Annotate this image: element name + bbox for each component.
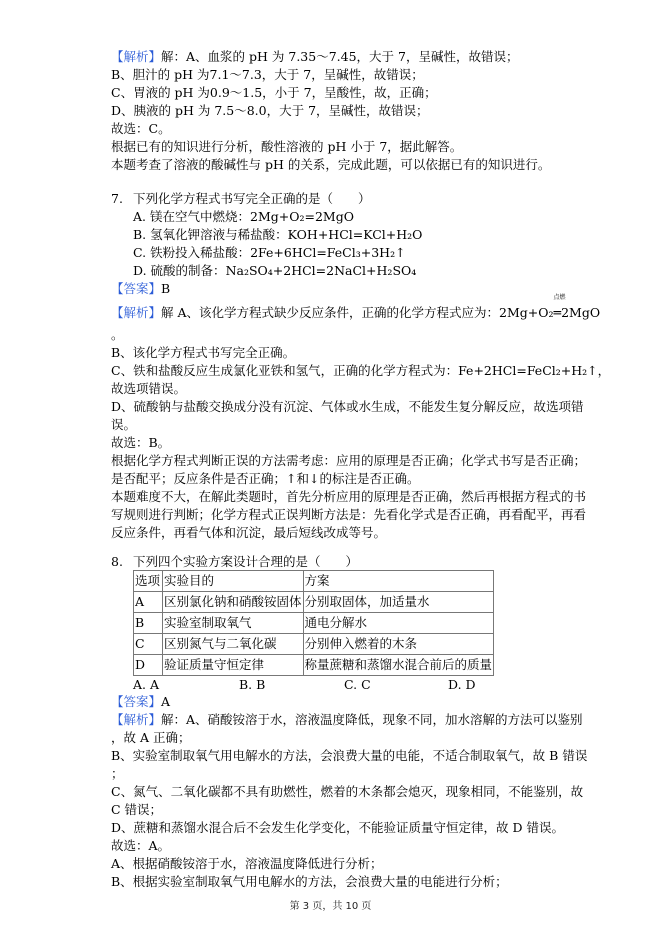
q6-analysis-line-4: D、胰液的 pH 为 7.5～8.0，大于 7，呈碱性，故错误； — [111, 102, 429, 120]
reaction-condition: 点燃═ — [554, 304, 562, 322]
q7-analysis-line-12: 写规则进行判断；化学方程式正误判断方法是：先看化学式是否正确，再看配平，再看 — [111, 506, 586, 524]
table-cell: D — [134, 655, 163, 676]
q7-analysis-line-11: 本题难度不大，在解此类题时，首先分析应用的原理是否正确，然后再根据方程式的书 — [111, 488, 586, 506]
q8-analysis-line-6: C 错误； — [111, 801, 162, 819]
q8-number: 8. — [111, 553, 123, 571]
table-header: 方案 — [303, 571, 494, 592]
experiment-table: 选项 实验目的 方案 A 区别氯化钠和硝酸铵固体 分别取固体，加适量水 B 实验… — [133, 570, 494, 676]
table-row: D 验证质量守恒定律 称量蔗糖和蒸馏水混合前后的质量 — [134, 655, 494, 676]
q8-answer: 【答案】A — [111, 693, 170, 711]
q7-answer: 【答案】B — [111, 280, 170, 298]
q6-analysis-line-1: 【解析】解：A、血浆的 pH 为 7.35～7.45，大于 7，呈碱性，故错误； — [111, 48, 518, 66]
q7-analysis-line-13: 反应条件，再看气体和沉淀，最后短线改成等号。 — [111, 524, 386, 542]
q8-choice-a[interactable]: A. A — [133, 676, 159, 694]
table-cell: 区别氯化钠和硝酸铵固体 — [163, 592, 304, 613]
q6-analysis-line-5: 故选：C。 — [111, 120, 171, 138]
table-cell: 实验室制取氧气 — [163, 613, 304, 634]
q7-analysis-line-7: 误。 — [111, 416, 136, 434]
page-footer: 第 3 页，共 10 页 — [0, 897, 661, 912]
q8-analysis-line-5: C、氮气、二氧化碳都不具有助燃性，燃着的木条都会熄灭，现象相同，不能鉴别，故 — [111, 783, 583, 801]
q7-option-b[interactable]: B. 氢氧化钾溶液与稀盐酸：KOH+HCl=KCl+H₂O — [133, 226, 422, 244]
table-header: 实验目的 — [163, 571, 304, 592]
analysis-label: 【解析】 — [111, 305, 161, 320]
q7-analysis-line-3: B、该化学方程式书写完全正确。 — [111, 344, 295, 362]
table-header-row: 选项 实验目的 方案 — [134, 571, 494, 592]
analysis-label: 【解析】 — [111, 49, 161, 64]
q8-analysis-line-3: B、实验室制取氧气用电解水的方法，会浪费大量的电能，不适合制取氧气，故 B 错误 — [111, 747, 587, 765]
table-cell: 通电分解水 — [303, 613, 494, 634]
table-cell: 称量蔗糖和蒸馏水混合前后的质量 — [303, 655, 494, 676]
q8-analysis-line-4: ； — [111, 765, 124, 783]
q7-option-a[interactable]: A. 镁在空气中燃烧：2Mg+O₂=2MgO — [133, 208, 354, 226]
q6-analysis-line-2: B、胆汁的 pH 为7.1～7.3，大于 7，呈碱性，故错误； — [111, 66, 424, 84]
q6-analysis-line-7: 本题考查了溶液的酸碱性与 pH 的关系，完成此题，可以依据已有的知识进行。 — [111, 156, 550, 174]
q7-analysis-line-1: 【解析】解 A、该化学方程式缺少反应条件，正确的化学方程式应为：2Mg+O₂点燃… — [111, 304, 600, 322]
q7-option-c[interactable]: C. 铁粉投入稀盐酸：2Fe+6HCl=FeCl₃+3H₂↑ — [133, 244, 406, 262]
table-row: B 实验室制取氧气 通电分解水 — [134, 613, 494, 634]
q7-analysis-line-10: 是否配平；反应条件是否正确；↑和↓的标注是否正确。 — [111, 470, 419, 488]
q7-analysis-line-5: 故选项错误。 — [111, 380, 186, 398]
table-header: 选项 — [134, 571, 163, 592]
q8-analysis-line-10: B、根据实验室制取氧气用电解水的方法，会浪费大量的电能进行分析； — [111, 873, 508, 891]
q6-analysis-line-6: 根据已有的知识进行分析，酸性溶液的 pH 小于 7，据此解答。 — [111, 138, 462, 156]
q8-analysis-line-2: ，故 A 正确； — [111, 729, 190, 747]
answer-label: 【答案】 — [111, 281, 161, 296]
q7-analysis-line-6: D、硫酸钠与盐酸交换成分没有沉淀、气体或水生成，不能发生复分解反应，故选项错 — [111, 398, 584, 416]
table-row: A 区别氯化钠和硝酸铵固体 分别取固体，加适量水 — [134, 592, 494, 613]
q6-analysis-line-3: C、胃液的 pH 为0.9～1.5，小于 7，呈酸性，故，正确； — [111, 84, 437, 102]
analysis-label: 【解析】 — [111, 712, 161, 727]
table-cell: A — [134, 592, 163, 613]
table-row: C 区别氮气与二氧化碳 分别伸入燃着的木条 — [134, 634, 494, 655]
q7-analysis-line-8: 故选：B。 — [111, 434, 170, 452]
q8-analysis-line-7: D、蔗糖和蒸馏水混合后不会发生化学变化，不能验证质量守恒定律，故 D 错误。 — [111, 819, 564, 837]
q8-choice-b[interactable]: B. B — [239, 676, 265, 694]
q8-choice-c[interactable]: C. C — [344, 676, 371, 694]
q8-analysis-line-9: A、根据硝酸铵溶于水，溶液温度降低进行分析； — [111, 855, 383, 873]
q8-analysis-line-1: 【解析】解：A、硝酸铵溶于水，溶液温度降低，现象不同，加水溶解的方法可以鉴别 — [111, 711, 583, 729]
table-cell: B — [134, 613, 163, 634]
table-cell: C — [134, 634, 163, 655]
table-cell: 分别伸入燃着的木条 — [303, 634, 494, 655]
answer-label: 【答案】 — [111, 694, 161, 709]
q7-analysis-line-4: C、铁和盐酸反应生成氯化亚铁和氢气，正确的化学方程式为：Fe+2HCl=FeCl… — [111, 362, 610, 380]
table-cell: 区别氮气与二氧化碳 — [163, 634, 304, 655]
table-cell: 分别取固体，加适量水 — [303, 592, 494, 613]
q7-analysis-line-2: 。 — [111, 326, 124, 344]
q7-stem: 下列化学方程式书写完全正确的是（ ） — [133, 190, 371, 208]
q8-choice-d[interactable]: D. D — [448, 676, 476, 694]
q8-stem: 下列四个实验方案设计合理的是（ ） — [133, 553, 358, 571]
q7-number: 7. — [111, 190, 123, 208]
q8-analysis-line-8: 故选：A。 — [111, 837, 170, 855]
q7-option-d[interactable]: D. 硫酸的制备：Na₂SO₄+2HCl=2NaCl+H₂SO₄ — [133, 262, 416, 280]
q7-analysis-line-9: 根据化学方程式判断正误的方法需考虑：应用的原理是否正确；化学式书写是否正确； — [111, 452, 586, 470]
table-cell: 验证质量守恒定律 — [163, 655, 304, 676]
